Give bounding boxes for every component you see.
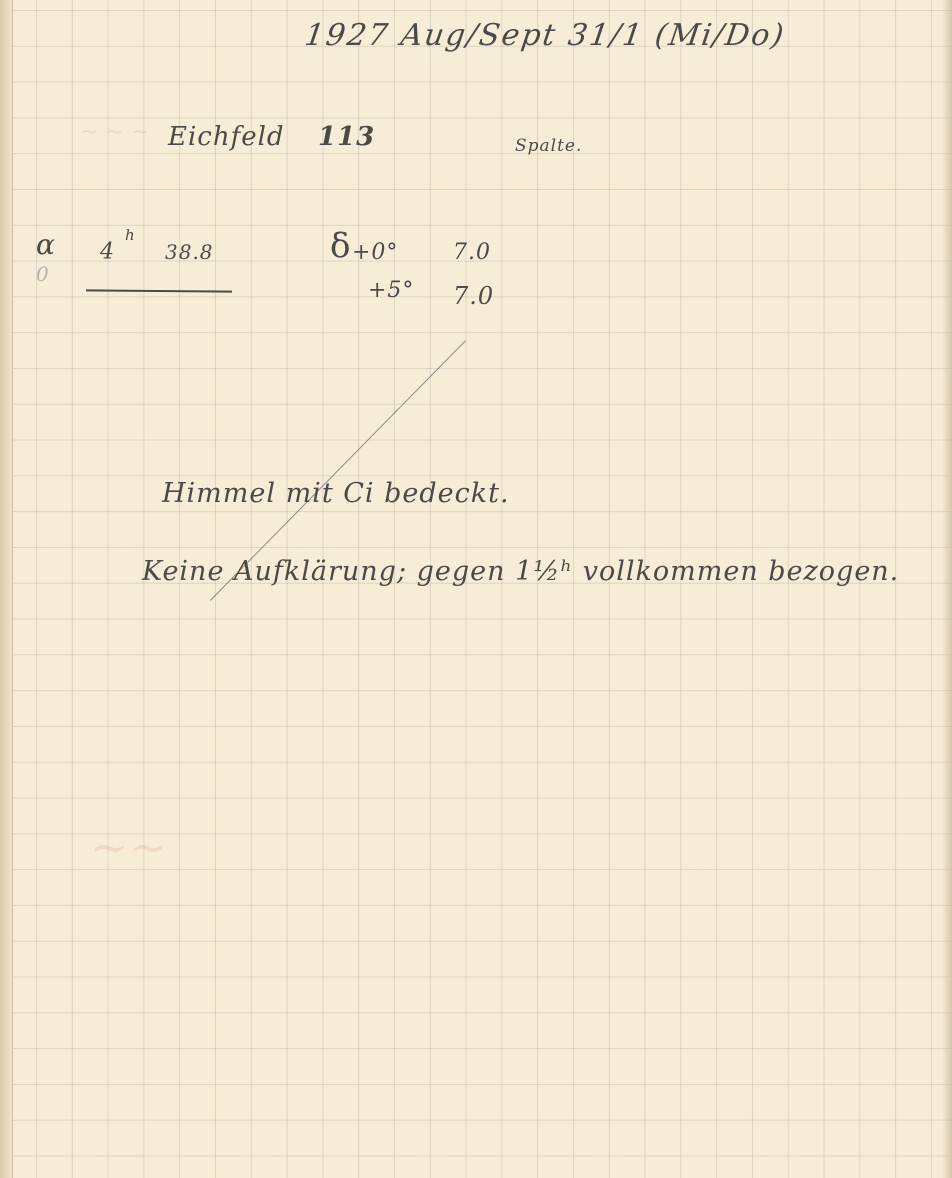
bleed-through-red-mark: ∼∼ xyxy=(90,820,167,874)
station-number: 113 xyxy=(318,122,375,152)
header-year: 1927 xyxy=(303,18,392,53)
delta-row-2-deg: +5° xyxy=(368,278,414,303)
note-sky-condition: Himmel mit Ci bedeckt. xyxy=(162,478,510,509)
header-weekdays: (Mi/Do) xyxy=(653,18,788,53)
alpha-symbol: α xyxy=(36,228,56,261)
alpha-underline xyxy=(86,289,232,292)
page-header-date: 1927 Aug/Sept 31/1 (Mi/Do) xyxy=(303,18,788,53)
delta-row-1-deg: +0° xyxy=(352,240,398,265)
alpha-hours: 4h xyxy=(100,236,136,264)
page-edge-shadow xyxy=(942,0,952,1178)
notebook-page: ~ ~ ~ ∼∼ 1927 Aug/Sept 31/1 (Mi/Do) Eich… xyxy=(0,0,952,1178)
column-label: Spalte. xyxy=(515,136,582,156)
alpha-hours-unit: h xyxy=(125,226,136,244)
note-clearing: Keine Aufklärung; gegen 1½ʰ vollkommen b… xyxy=(142,556,899,587)
binding-edge xyxy=(0,0,13,1178)
header-months: Aug/Sept xyxy=(398,18,559,53)
delta-row-1-value: 7.0 xyxy=(453,240,491,265)
faint-mark: 0 xyxy=(36,262,50,286)
station-name: Eichfeld xyxy=(168,122,285,152)
header-days: 31/1 xyxy=(566,18,646,53)
alpha-minutes: 38.8 xyxy=(165,240,214,264)
bleed-through-text: ~ ~ ~ xyxy=(80,120,149,145)
delta-row-2-value: 7.0 xyxy=(453,282,494,310)
alpha-hours-value: 4 xyxy=(100,239,115,264)
delta-symbol: δ xyxy=(330,226,351,266)
